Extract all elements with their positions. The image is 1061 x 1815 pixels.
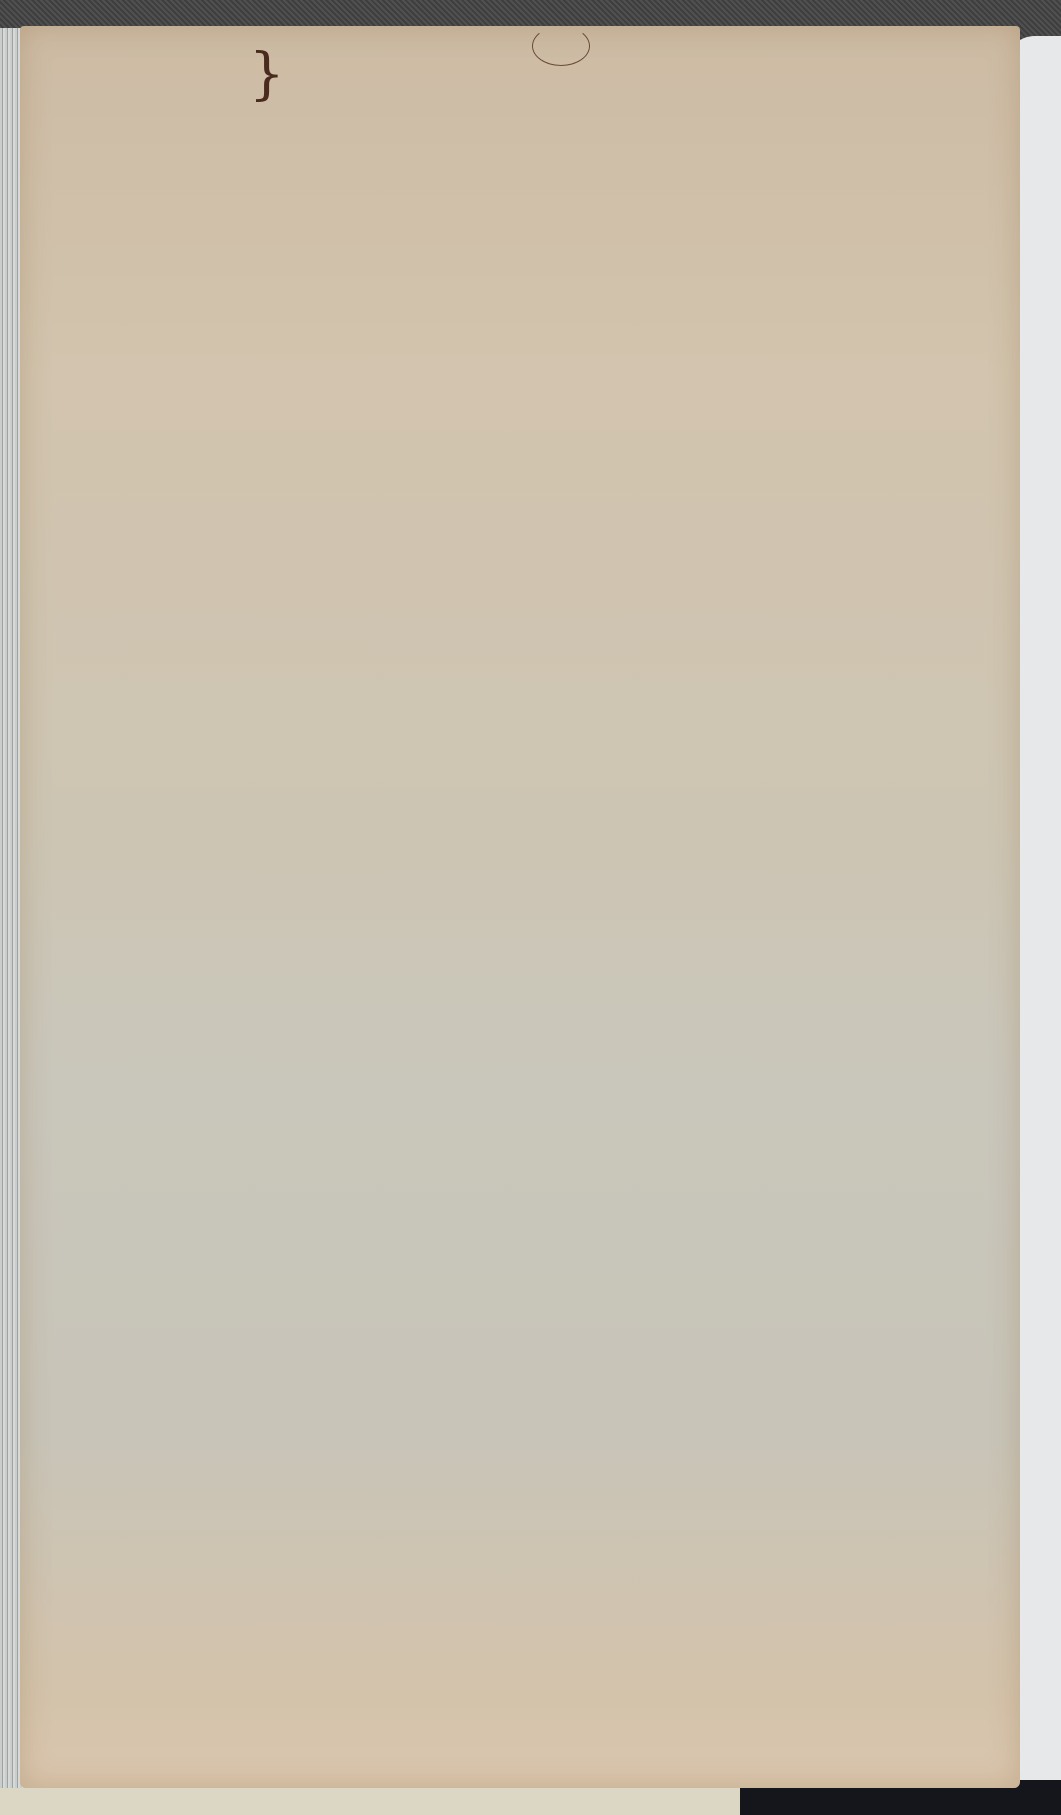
page-number-circle [532, 26, 590, 66]
stacked-page-edges [0, 28, 22, 1788]
brace: } [249, 42, 285, 107]
manuscript-page: } [20, 26, 1020, 1788]
